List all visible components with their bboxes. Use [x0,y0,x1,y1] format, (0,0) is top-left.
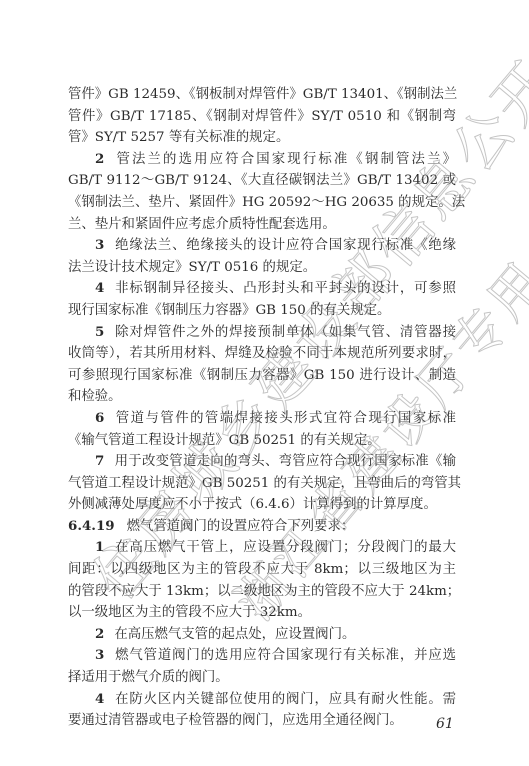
line-text: 管》SY/T 5257 等有关标准的规定。 [68,130,289,145]
line-text: 管件》GB/T 17185、《钢制对焊管件》SY/T 0510 和《钢制弯 [68,109,456,124]
item-number: 1 [95,539,104,555]
line-text: 以一级地区为主的管段不应大于 32km。 [68,605,311,620]
text-line: 管》SY/T 5257 等有关标准的规定。 [68,127,456,149]
text-line: 2管法兰的选用应符合国家现行标准《钢制管法兰》 [68,149,456,171]
text-line: 以一级地区为主的管段不应大于 32km。 [68,602,456,624]
text-line: 7用于改变管道走向的弯头、弯管应符合现行国家标准《输 [68,451,456,473]
text-line: 收筒等），若其所用材料、焊缝及检验不同于本规范所列要求时， [68,343,456,365]
page-number: 61 [436,716,454,732]
body-text: 管件》GB 12459、《钢板制对焊管件》GB/T 13401、《钢制法兰管件》… [68,84,456,732]
text-line: 4在防火区内关键部位使用的阀门，应具有耐火性能。需 [68,689,456,711]
text-line: 3燃气管道阀门的选用应符合国家现行有关标准，并应选 [68,645,456,667]
line-text: 的管段不应大于 13km；以二级地区为主的管段不应大于 24km； [68,584,460,599]
line-text: 在防火区内关键部位使用的阀门，应具有耐火性能。需 [114,692,456,707]
item-number: 4 [95,691,104,707]
text-line: 6管道与管件的管端焊接接头形式宜符合现行国家标准 [68,408,456,430]
line-text: 在高压燃气干管上，应设置分段阀门；分段阀门的最大 [114,540,456,555]
item-number: 7 [95,453,104,469]
line-text: 要通过清管器或电子检管器的阀门，应选用全通径阀门。 [68,713,403,728]
line-text: 非标钢制异径接头、凸形封头和平封头的设计，可参照 [114,281,456,296]
document-page: 管件》GB 12459、《钢板制对焊管件》GB/T 13401、《钢制法兰管件》… [0,0,529,766]
line-text: 和检验。 [68,389,122,404]
item-number: 6 [95,410,104,426]
text-line: 1在高压燃气干管上，应设置分段阀门；分段阀门的最大 [68,537,456,559]
text-line: 现行国家标准《钢制压力容器》GB 150 的有关规定。 [68,300,456,322]
line-text: 外侧减薄处厚度应不小于按式（6.4.6）计算得到的计算厚度。 [68,497,437,512]
text-line: 管件》GB 12459、《钢板制对焊管件》GB/T 13401、《钢制法兰 [68,84,456,106]
line-text: GB/T 9112～GB/T 9124、《大直径碳钢法兰》GB/T 13402 … [68,173,456,188]
line-text: 可参照现行国家标准《钢制压力容器》GB 150 进行设计、制造 [68,368,456,383]
text-line: 兰、垫片和紧固件应考虑介质特性配套选用。 [68,214,456,236]
line-text: 《钢制法兰、垫片、紧固件》HG 20592～HG 20635 的规定。法 [68,195,465,210]
item-number: 2 [95,151,104,167]
text-line: 5除对焊管件之外的焊接预制单体（如集气管、清管器接 [68,322,456,344]
line-text: 法兰设计技术规定》SY/T 0516 的规定。 [68,260,316,275]
item-number: 4 [95,280,104,296]
text-line: 的管段不应大于 13km；以二级地区为主的管段不应大于 24km； [68,581,456,603]
line-text: 用于改变管道走向的弯头、弯管应符合现行国家标准《输 [114,454,456,469]
text-line: 和检验。 [68,386,456,408]
text-line: 3绝缘法兰、绝缘接头的设计应符合国家现行标准《绝缘 [68,235,456,257]
text-line: 可参照现行国家标准《钢制压力容器》GB 150 进行设计、制造 [68,365,456,387]
text-line: 法兰设计技术规定》SY/T 0516 的规定。 [68,257,456,279]
item-number: 2 [95,626,104,642]
item-number: 5 [95,324,104,340]
text-line: 《钢制法兰、垫片、紧固件》HG 20592～HG 20635 的规定。法 [68,192,456,214]
line-text: 燃气管道阀门的设置应符合下列要求： [127,519,355,534]
text-line: 要通过清管器或电子检管器的阀门，应选用全通径阀门。 [68,710,456,732]
text-line: 6.4.19燃气管道阀门的设置应符合下列要求： [68,516,456,538]
text-line: 管件》GB/T 17185、《钢制对焊管件》SY/T 0510 和《钢制弯 [68,106,456,128]
text-line: 2在高压燃气支管的起点处，应设置阀门。 [68,624,456,646]
line-text: 除对焊管件之外的焊接预制单体（如集气管、清管器接 [114,325,456,340]
line-text: 间距：以四级地区为主的管段不应大于 8km；以三级地区为主 [68,562,456,577]
text-line: GB/T 9112～GB/T 9124、《大直径碳钢法兰》GB/T 13402 … [68,170,456,192]
text-line: 间距：以四级地区为主的管段不应大于 8km；以三级地区为主 [68,559,456,581]
line-text: 收筒等），若其所用材料、焊缝及检验不同于本规范所列要求时， [68,346,456,361]
line-text: 兰、垫片和紧固件应考虑介质特性配套选用。 [68,217,336,232]
line-text: 现行国家标准《钢制压力容器》GB 150 的有关规定。 [68,303,390,318]
text-line: 气管道工程设计规范》GB 50251 的有关规定，且弯曲后的弯管其 [68,473,456,495]
line-text: 绝缘法兰、绝缘接头的设计应符合国家现行标准《绝缘 [114,238,456,253]
line-text: 管道与管件的管端焊接接头形式宜符合现行国家标准 [114,411,456,426]
text-line: 择适用于燃气介质的阀门。 [68,667,456,689]
line-text: 在高压燃气支管的起点处，应设置阀门。 [114,627,355,642]
line-text: 燃气管道阀门的选用应符合国家现行有关标准，并应选 [114,648,456,663]
line-text: 管法兰的选用应符合国家现行标准《钢制管法兰》 [114,152,456,167]
line-text: 气管道工程设计规范》GB 50251 的有关规定，且弯曲后的弯管其 [68,476,461,491]
line-text: 《输气管道工程设计规范》GB 50251 的有关规定。 [68,433,381,448]
clause-number: 6.4.19 [68,518,115,534]
item-number: 3 [95,237,104,253]
line-text: 择适用于燃气介质的阀门。 [68,670,229,685]
text-line: 《输气管道工程设计规范》GB 50251 的有关规定。 [68,430,456,452]
item-number: 3 [95,647,104,663]
line-text: 管件》GB 12459、《钢板制对焊管件》GB/T 13401、《钢制法兰 [68,87,457,102]
text-line: 外侧减薄处厚度应不小于按式（6.4.6）计算得到的计算厚度。 [68,494,456,516]
text-line: 4非标钢制异径接头、凸形封头和平封头的设计，可参照 [68,278,456,300]
